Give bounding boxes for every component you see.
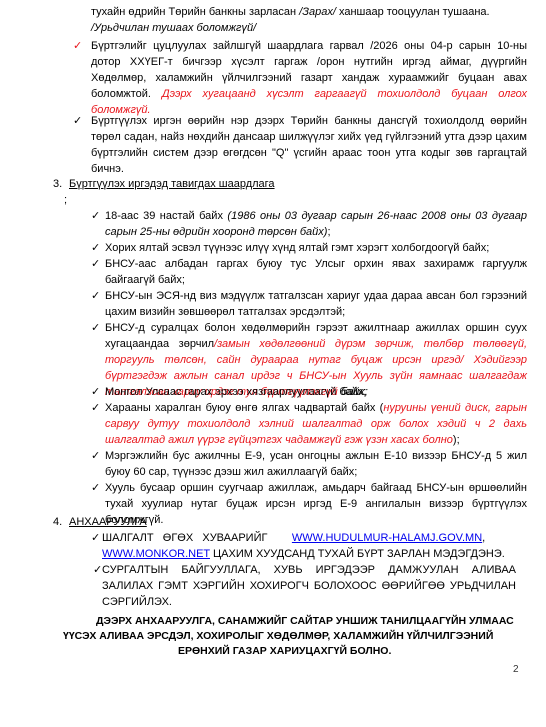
text: БНСУ-ын ЭСЯ-нд виз мэдүүлж татгалзсан ха… [105, 290, 527, 318]
bullet-refund: Бүртгэлийг цуцлуулах зайлшгүй шаардлага … [91, 38, 527, 118]
disclaimer-line-1: ДЭЭРХ АНХААРУУЛГА, САНАМЖИЙГ САЙТАР УНШИ… [96, 614, 514, 629]
text: тухайн өдрийн Төрийн банкны зарласан [91, 6, 299, 18]
stray-mark: ; [64, 192, 67, 208]
requirement-item: Мэргэжлийн бус ажилчны Е-9, усан онгоцны… [105, 448, 527, 480]
check-icon: ✓ [93, 562, 102, 578]
text: СУРГАЛТЫН БАЙГУУЛЛАГА, ХУВЬ ИРГЭДЭЭР ДАМ… [102, 564, 516, 608]
page-number: 2 [513, 662, 519, 678]
text: ШАЛГАЛТ ӨГӨХ ХУВААРИЙГ [102, 532, 267, 544]
bullet-fraud-warning: СУРГАЛТЫН БАЙГУУЛЛАГА, ХУВЬ ИРГЭДЭЭР ДАМ… [102, 562, 516, 610]
requirement-item: Харааны харалган буюу өнгө ялгах чадварт… [105, 400, 527, 448]
text: Мэргэжлийн бус ажилчны Е-9, усан онгоцны… [105, 450, 527, 478]
italic-text: /Зарах/ [299, 6, 336, 18]
check-icon: ✓ [91, 530, 100, 546]
requirement-item: Монгол Улсаас гарах эрхээ хязгаарлуулааг… [105, 384, 527, 400]
section-number: 3. [53, 176, 62, 192]
check-icon: ✓ [91, 384, 100, 400]
bullet-transfer: Бүртгүүлэх иргэн өөрийн нэр дээрх Төрийн… [91, 113, 527, 177]
check-icon: ✓ [91, 240, 100, 256]
disclaimer-line-2: ҮҮСЭХ АЛИВАА ЭРСДЭЛ, ХОХИРОЛЫГ ХӨДӨЛМӨР,… [63, 629, 493, 644]
check-icon: ✓ [91, 288, 100, 304]
text: , [482, 532, 485, 544]
link-hudulmur-halamj[interactable]: WWW.HUDULMUR-HALAMJ.GOV.MN [292, 532, 482, 544]
check-icon: ✓ [73, 113, 82, 129]
paragraph-exchange-rate: тухайн өдрийн Төрийн банкны зарласан /За… [91, 4, 527, 36]
text: 18-аас 39 настай байх [105, 210, 227, 222]
text: ); [453, 434, 460, 446]
disclaimer-line-3: ЕРӨНХИЙ ГАЗАР ХАРИУЦАХГҮЙ БОЛНО. [178, 644, 391, 659]
check-icon: ✓ [91, 480, 100, 496]
requirement-item: Хууль бусаар оршин суугчаар ажиллаж, амь… [105, 480, 527, 528]
requirement-item: Хорих ялтай эсвэл түүнээс илүү хүнд ялта… [105, 240, 527, 256]
check-icon: ✓ [91, 448, 100, 464]
text: Хууль бусаар оршин суугчаар ажиллаж, амь… [105, 482, 527, 526]
bullet-schedule: ШАЛГАЛТ ӨГӨХ ХУВААРИЙГ WWW.HUDULMUR-HALA… [102, 530, 516, 562]
check-icon: ✓ [91, 320, 100, 336]
document-page: тухайн өдрийн Төрийн банкны зарласан /За… [0, 0, 546, 727]
text: Монгол Улсаас гарах эрхээ хязгаарлуулааг… [105, 386, 366, 398]
text: БНСУ-аас албадан гаргах буюу тус Улсыг о… [105, 258, 527, 286]
check-icon: ✓ [91, 208, 100, 224]
requirement-item: 18-аас 39 настай байх (1986 оны 03 дугаа… [105, 208, 527, 240]
requirement-item: БНСУ-ын ЭСЯ-нд виз мэдүүлж татгалзсан ха… [105, 288, 527, 320]
requirement-item: БНСУ-аас албадан гаргах буюу тус Улсыг о… [105, 256, 527, 288]
link-monkor[interactable]: WWW.MONKOR.NET [102, 548, 210, 560]
text: ханшаар тооцуулан тушаана. [336, 6, 490, 18]
text: ; [327, 226, 330, 238]
text: Бүртгүүлэх иргэн өөрийн нэр дээрх Төрийн… [91, 115, 527, 175]
section-title: Бүртгүүлэх иргэдэд тавигдах шаардлага [69, 176, 275, 192]
text: Хорих ялтай эсвэл түүнээс илүү хүнд ялта… [105, 242, 489, 254]
check-icon: ✓ [73, 38, 82, 54]
text: Харааны харалган буюу өнгө ялгах чадварт… [105, 402, 383, 414]
section-number: 4. [53, 514, 62, 530]
italic-note: /Урьдчилан тушаах боломжгүй/ [91, 22, 256, 34]
section-title: АНХААРУУЛГА [69, 514, 147, 530]
check-icon: ✓ [91, 400, 100, 416]
text: ЦАХИМ ХУУДСАНД ТУХАЙ БҮРТ ЗАРЛАН МЭДЭГДЭ… [210, 548, 505, 560]
check-icon: ✓ [91, 256, 100, 272]
